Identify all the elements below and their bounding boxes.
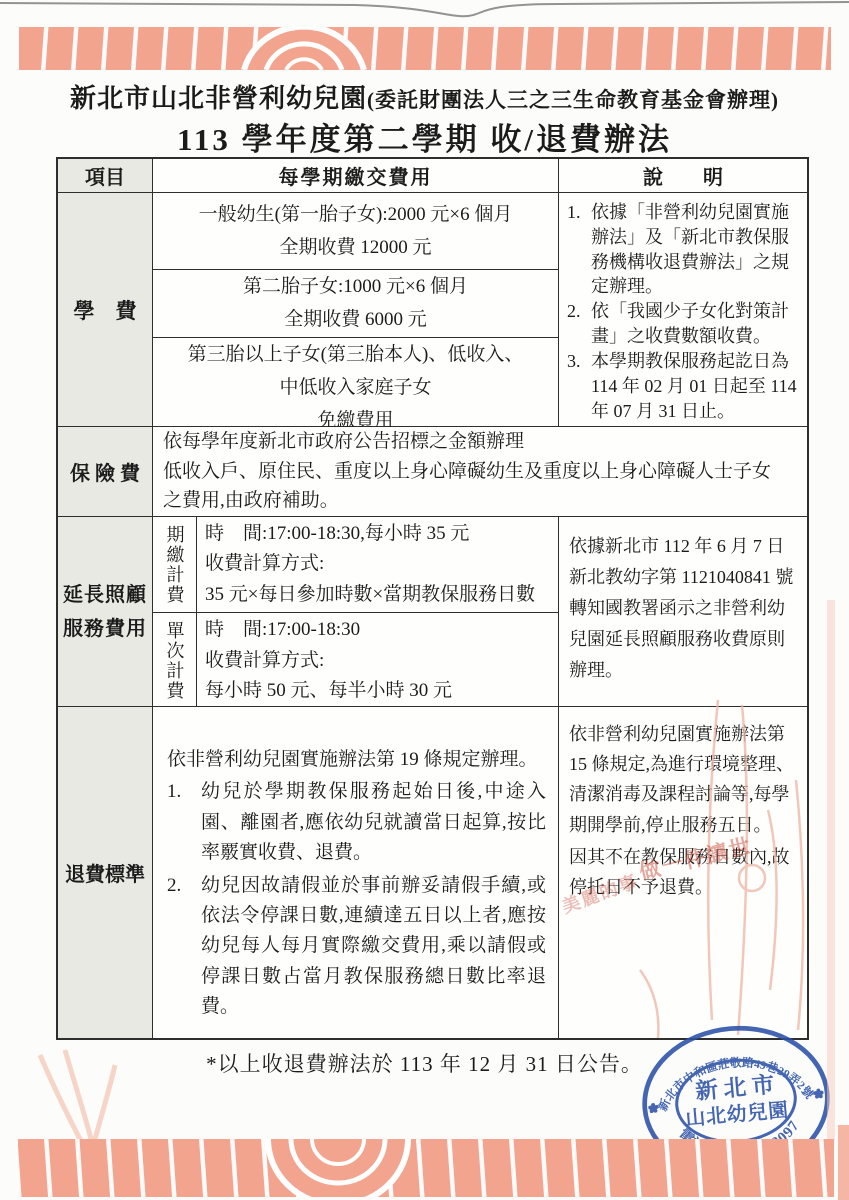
note-number: 3. [567,349,591,423]
insurance-row: 保 險 費 依每學年度新北市政府公告招標之金額辦理 低收入戶、原住民、重度以上身… [58,427,807,517]
insurance-line3: 之費用,由政府補助。 [163,486,797,515]
refund-note-para2: 因其不在教保服務日數內,故停托日不予退費。 [569,842,797,902]
insurance-line1: 依每學年度新北市政府公告招標之金額辦理 [163,427,797,456]
note-text: 本學期教保服務起訖日為 114 年 02 月 01 日起至 114 年 07 月… [591,349,799,423]
tier1-line2: 全期收費 12000 元 [279,231,431,264]
periodic-line2: 收費計算方式: [205,549,550,579]
tuition-tiers: 一般幼生(第一胎子女):2000 元×6 個月 全期收費 12000 元 第二胎… [153,193,559,426]
extended-care-label: 延長照顧 服務費用 [58,517,153,706]
document-subtitle: 113 學年度第二學期 收/退費辦法 [0,114,849,159]
tuition-note-1: 1. 依據「非營利幼兒園實施辦法」及「新北市教保服務機構收退費辦法」之規定辦理。 [567,200,799,299]
item-text: 幼兒於學期教保服務起始日後,中途入園、離園者,應依幼兒就讀當日起算,按比率覈實收… [201,777,546,868]
single-billing-label: 單次計費 [153,613,197,708]
title-main: 新北市山北非營利幼兒園 [70,84,367,113]
extended-label-line1: 延長照顧 [63,578,147,612]
refund-note: 依非營利幼兒園實施辦法第 15 條規定,為進行環境整理、清潔消毒及課程討論等,每… [559,707,807,1038]
insurance-content: 依每學年度新北市政府公告招標之金額辦理 低收入戶、原住民、重度以上身心障礙幼生及… [153,427,807,516]
right-edge-pink [838,1125,849,1200]
note-text: 依「我國少子女化對策計畫」之收費數額收費。 [591,299,799,349]
scanned-document-page: 新北市山北非營利幼兒園(委託財團法人三之三生命教育基金會辦理) 113 學年度第… [0,0,849,1200]
insurance-label: 保 險 費 [58,427,153,516]
single-line1: 時 間:17:00-18:30 [205,615,550,645]
tuition-tier-2: 第二胎子女:1000 元×6 個月 全期收費 6000 元 [153,270,558,338]
extended-care-row: 延長照顧 服務費用 期繳計費 時 間:17:00-18:30,每小時 35 元 … [58,517,807,707]
tier3-line2: 中低收入家庭子女 [279,371,431,404]
title-paren: (委託財團法人三之三生命教育基金會辦理) [367,88,779,112]
periodic-billing-label: 期繳計費 [153,517,197,612]
periodic-billing-content: 時 間:17:00-18:30,每小時 35 元 收費計算方式: 35 元×每日… [197,517,558,612]
item-number: 1. [167,777,201,868]
item-text: 幼兒因故請假並於事前辦妥請假手續,或依法令停課日數,連續達五日以上者,應按幼兒每… [201,871,546,1023]
header-note: 說 明 [559,159,807,192]
refund-item-2: 2. 幼兒因故請假並於事前辦妥請假手續,或依法令停課日數,連續達五日以上者,應按… [167,871,546,1023]
tuition-tier-1: 一般幼生(第一胎子女):2000 元×6 個月 全期收費 12000 元 [153,193,558,270]
header-fee: 每學期繳交費用 [153,159,559,192]
refund-note-para1: 依非營利幼兒園實施辦法第 15 條規定,為進行環境整理、清潔消毒及課程討論等,每… [569,719,797,840]
note-number: 2. [567,299,591,349]
right-bleed-strip [827,600,835,1140]
single-line2: 收費計算方式: [205,646,550,676]
tuition-row: 學 費 一般幼生(第一胎子女):2000 元×6 個月 全期收費 12000 元… [58,193,807,427]
tuition-note-2: 2. 依「我國少子女化對策計畫」之收費數額收費。 [567,299,799,349]
insurance-line2: 低收入戶、原住民、重度以上身心障礙幼生及重度以上身心障礙人士子女 [163,457,797,486]
periodic-line3: 35 元×每日參加時數×當期教保服務日數 [205,580,550,610]
extended-care-subtable: 期繳計費 時 間:17:00-18:30,每小時 35 元 收費計算方式: 35… [153,517,559,706]
extended-subrow-single: 單次計費 時 間:17:00-18:30 收費計算方式: 每小時 50 元、每半… [153,613,558,708]
top-border-pattern [19,27,831,70]
single-line3: 每小時 50 元、每半小時 30 元 [205,676,550,706]
extended-label-line2: 服務費用 [63,612,147,646]
refund-row: 退費標準 依非營利幼兒園實施辦法第 19 條規定辦理。 1. 幼兒於學期教保服務… [58,707,807,1038]
tuition-tier-3: 第三胎以上子女(第三胎本人)、低收入、 中低收入家庭子女 免繳費用 [153,338,558,438]
note-number: 1. [567,200,591,299]
left-bleed-strokes [20,1045,150,1145]
tier2-line2: 全期收費 6000 元 [284,303,427,336]
tier3-line1: 第三胎以上子女(第三胎本人)、低收入、 [188,338,524,371]
header-item: 項目 [58,159,153,192]
tier1-line1: 一般幼生(第一胎子女):2000 元×6 個月 [199,198,513,231]
refund-intro: 依非營利幼兒園實施辦法第 19 條規定辦理。 [167,745,546,775]
bottom-border-pattern [18,1139,834,1197]
refund-item-1: 1. 幼兒於學期教保服務起始日後,中途入園、離園者,應依幼兒就讀當日起算,按比率… [167,777,546,868]
single-billing-content: 時 間:17:00-18:30 收費計算方式: 每小時 50 元、每半小時 30… [197,613,558,708]
periodic-line1: 時 間:17:00-18:30,每小時 35 元 [205,519,550,549]
extended-care-note: 依據新北市 112 年 6 月 7 日新北教幼字第 1121040841 號轉知… [559,517,807,706]
tuition-notes: 1. 依據「非營利幼兒園實施辦法」及「新北市教保服務機構收退費辦法」之規定辦理。… [559,193,807,426]
document-title: 新北市山北非營利幼兒園(委託財團法人三之三生命教育基金會辦理) [0,78,849,115]
tuition-label: 學 費 [58,193,153,426]
extended-subrow-periodic: 期繳計費 時 間:17:00-18:30,每小時 35 元 收費計算方式: 35… [153,517,558,613]
table-header-row: 項目 每學期繳交費用 說 明 [58,159,807,193]
scan-edge-artifact [0,0,849,22]
refund-rules: 依非營利幼兒園實施辦法第 19 條規定辦理。 1. 幼兒於學期教保服務起始日後,… [153,707,559,1038]
tuition-note-3: 3. 本學期教保服務起訖日為 114 年 02 月 01 日起至 114 年 0… [567,349,799,423]
note-text: 依據「非營利幼兒園實施辦法」及「新北市教保服務機構收退費辦法」之規定辦理。 [591,200,799,299]
tier2-line1: 第二胎子女:1000 元×6 個月 [243,270,468,303]
fee-table: 項目 每學期繳交費用 說 明 學 費 一般幼生(第一胎子女):2000 元×6 … [56,157,809,1040]
item-number: 2. [167,871,201,1023]
refund-label: 退費標準 [58,707,153,1038]
